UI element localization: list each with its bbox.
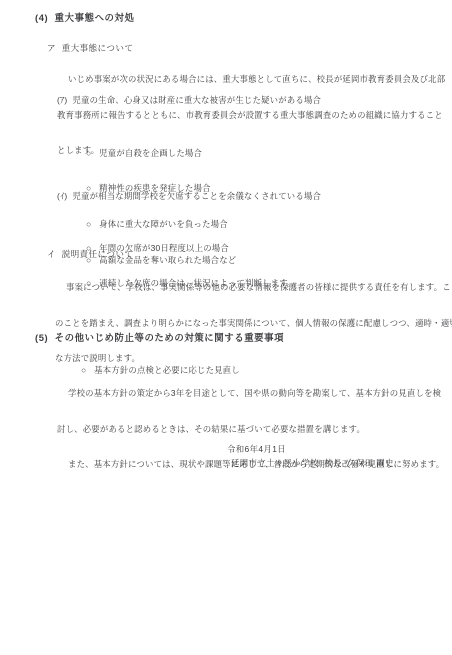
section5-heading: (5) その他いじめ防止等のための対策に関する重要事項 <box>35 332 284 344</box>
case-a-label: (ｱ) 児童の生命、心身又は財産に重大な被害が生じた疑いがある場合 <box>57 94 321 106</box>
paragraph-line: 討し、必要があると認めるときは、その結果に基づいて必要な措置を講じます。 <box>57 422 443 438</box>
paragraph-line: 事案について、学校は、事実関係等の他の必要な情報を保護者の皆様に提供する責任を有… <box>55 280 445 296</box>
paragraph-line: 学校の基本方針の策定から3年を目途として、国や県の動向等を勘案して、基本方針の見… <box>57 386 443 402</box>
list-item: ○精神性の疾患を発症した場合 <box>71 166 236 182</box>
section5-paragraph: 学校の基本方針の策定から3年を目途として、国や県の動向等を勘案して、基本方針の見… <box>57 366 443 493</box>
list-item: ○児童が自殺を企画した場合 <box>71 130 236 146</box>
paragraph-line: のことを踏まえ、調査より明らかになった事実関係について、個人情報の保護に配慮しつ… <box>55 316 445 332</box>
document-date: 令和6年4月1日 <box>227 443 286 456</box>
list-item: ○年間の欠席が30日程度以上の場合 <box>71 225 296 241</box>
circle-bullet-icon: ○ <box>86 146 99 162</box>
section4-sub-i-heading: イ 説明責任について <box>47 248 133 260</box>
paragraph-line: いじめ事案が次の状況にある場合には、重大事態として直ちに、校長が延岡市教育委員会… <box>57 72 443 88</box>
case-i-label: (ｲ) 児童が相当な期間学校を欠席することを余儀なくされている場合 <box>57 190 321 202</box>
list-item-text: 児童が自殺を企画した場合 <box>99 148 202 158</box>
document-signature: 延岡市立土々呂小学校 校長 久保田 剛史 <box>231 457 394 470</box>
document-page: (4) 重大事態への対処 ア 重大事態について いじめ事案が次の状況にある場合に… <box>0 0 452 655</box>
section4-heading: (4) 重大事態への対処 <box>35 12 134 24</box>
